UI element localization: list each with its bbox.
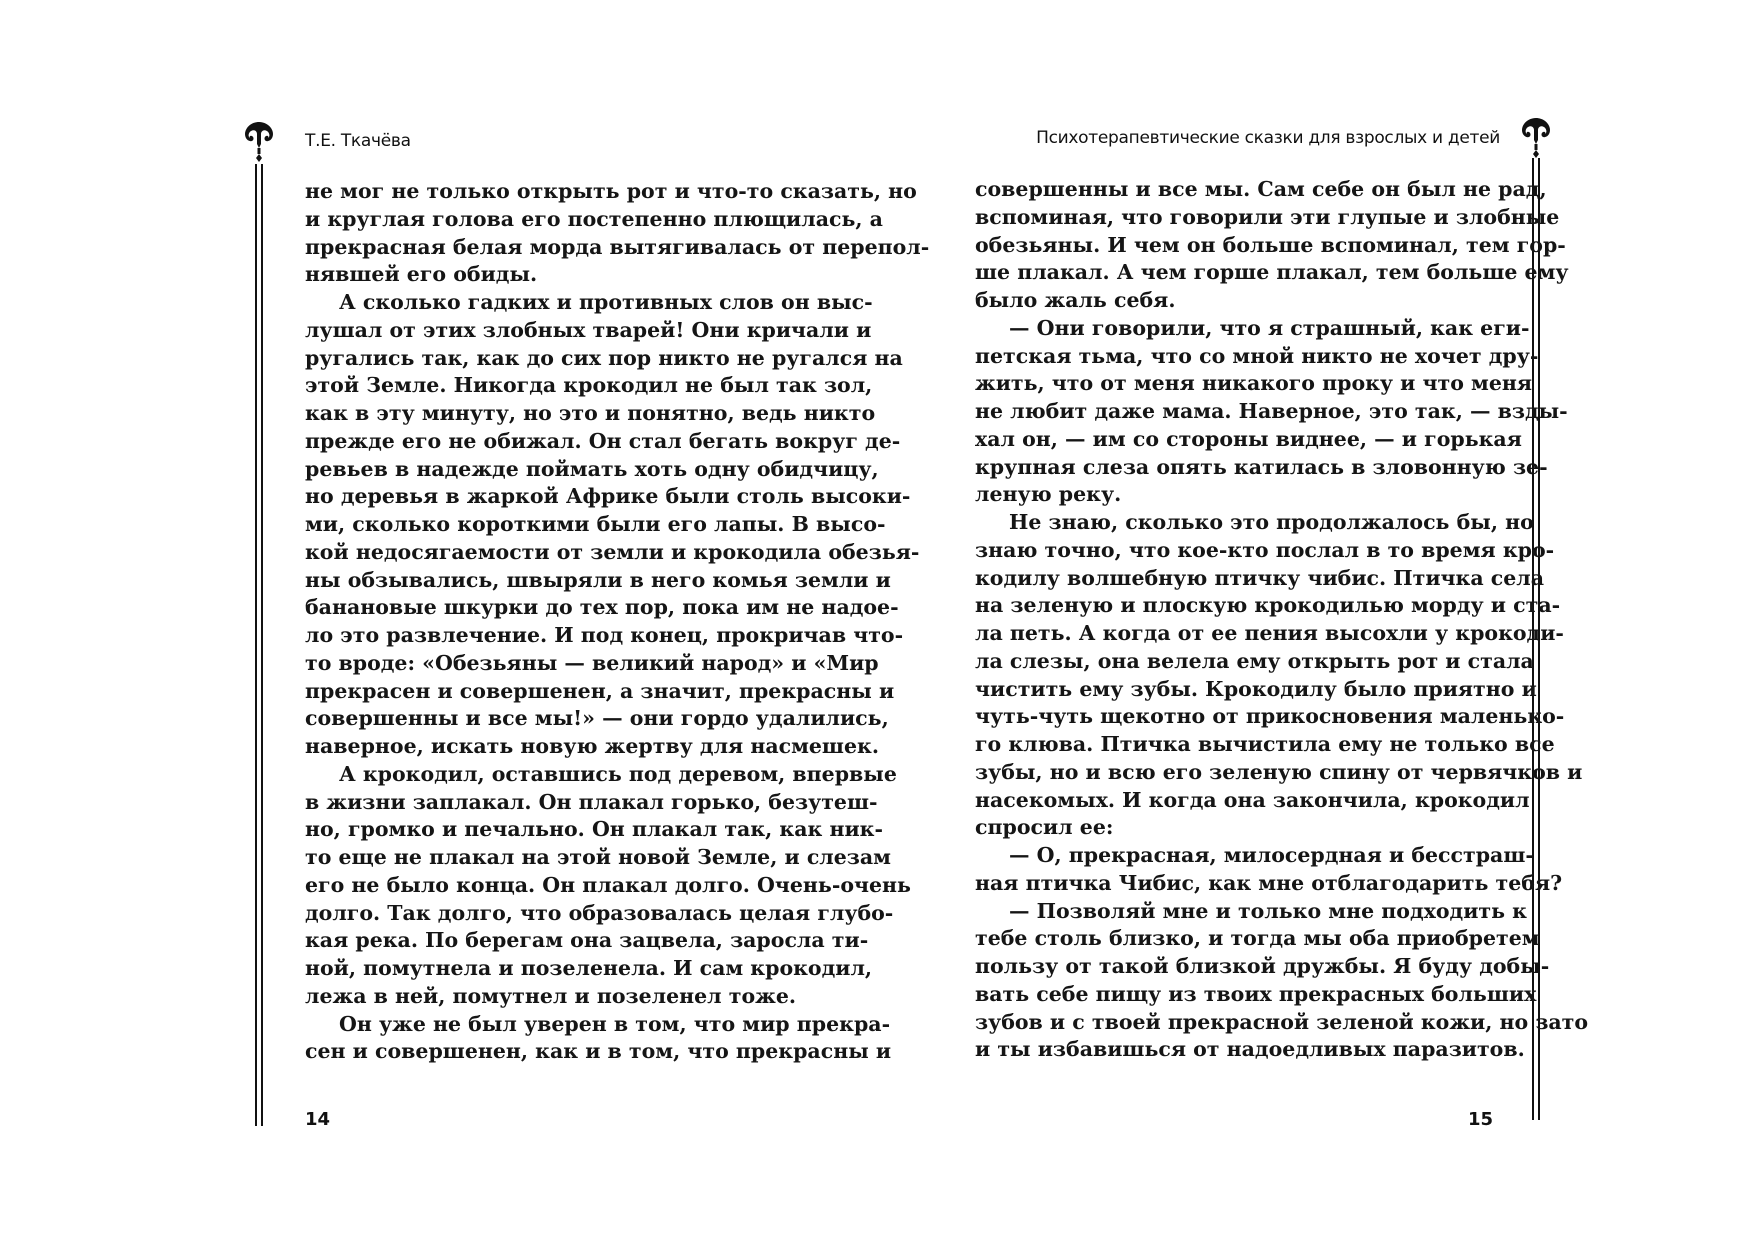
- text-line: зубов и с твоей прекрасной зеленой кожи,…: [975, 1009, 1500, 1037]
- text-line: кая река. По берегам она зацвела, заросл…: [305, 927, 820, 955]
- text-line: но деревья в жаркой Африке были столь вы…: [305, 483, 820, 511]
- text-line: ная птичка Чибис, как мне отблагодарить …: [975, 870, 1500, 898]
- text-line: не любит даже мама. Наверное, это так, —…: [975, 398, 1500, 426]
- running-head-book-title: Психотерапевтические сказки для взрослых…: [1036, 128, 1500, 148]
- text-line: чистить ему зубы. Крокодилу было приятно…: [975, 676, 1500, 704]
- text-line: его не было конца. Он плакал долго. Очен…: [305, 872, 820, 900]
- text-line: долго. Так долго, что образовалась целая…: [305, 900, 820, 928]
- text-line: лежа в ней, помутнел и позеленел тоже.: [305, 983, 820, 1011]
- text-line: ны обзывались, швыряли в него комья земл…: [305, 567, 820, 595]
- page-number: 15: [1468, 1109, 1493, 1130]
- text-line: го клюва. Птичка вычистила ему не только…: [975, 731, 1500, 759]
- text-line: ругались так, как до сих пор никто не ру…: [305, 345, 820, 373]
- text-line: кодилу волшебную птичку чибис. Птичка се…: [975, 565, 1500, 593]
- text-line: кой недосягаемости от земли и крокодила …: [305, 539, 820, 567]
- text-line: нявшей его обиды.: [305, 261, 820, 289]
- vertical-double-rule: [255, 164, 263, 1126]
- text-line: лушал от этих злобных тварей! Они кричал…: [305, 317, 820, 345]
- text-line: крупная слеза опять катилась в зловонную…: [975, 454, 1500, 482]
- text-line: прекрасная белая морда вытягивалась от п…: [305, 234, 820, 262]
- text-line: совершенны и все мы. Сам себе он был не …: [975, 176, 1500, 204]
- text-line: — О, прекрасная, милосердная и бесстраш-: [975, 842, 1500, 870]
- text-line: вспоминая, что говорили эти глупые и зло…: [975, 204, 1500, 232]
- left-page: Т.Е. Ткачёва не мог не только открыть ро…: [0, 0, 877, 1240]
- text-line: было жаль себя.: [975, 287, 1500, 315]
- left-text-column: не мог не только открыть рот и что-то ск…: [305, 178, 820, 1066]
- text-line: прежде его не обижал. Он стал бегать вок…: [305, 428, 820, 456]
- text-line: ревьев в надежде поймать хоть одну обидч…: [305, 456, 820, 484]
- text-line: прекрасен и совершенен, а значит, прекра…: [305, 678, 820, 706]
- text-line: то еще не плакал на этой новой Земле, и …: [305, 844, 820, 872]
- text-line: ной, помутнела и позеленела. И сам кроко…: [305, 955, 820, 983]
- running-head-author: Т.Е. Ткачёва: [305, 131, 411, 151]
- text-line: — Они говорили, что я страшный, как еги-: [975, 315, 1500, 343]
- text-line: и ты избавишься от надоедливых паразитов…: [975, 1036, 1500, 1064]
- text-line: жить, что от меня никакого проку и что м…: [975, 370, 1500, 398]
- text-line: ла слезы, она велела ему открыть рот и с…: [975, 648, 1500, 676]
- right-page: Психотерапевтические сказки для взрослых…: [877, 0, 1754, 1240]
- text-line: знаю точно, что кое-кто послал в то врем…: [975, 537, 1500, 565]
- text-line: — Позволяй мне и только мне подходить к: [975, 898, 1500, 926]
- text-line: Он уже не был уверен в том, что мир прек…: [305, 1011, 820, 1039]
- right-text-column: совершенны и все мы. Сам себе он был не …: [975, 176, 1500, 1064]
- text-line: обезьяны. И чем он больше вспоминал, тем…: [975, 232, 1500, 260]
- text-line: сен и совершенен, как и в том, что прекр…: [305, 1038, 820, 1066]
- text-line: хал он, — им со стороны виднее, — и горь…: [975, 426, 1500, 454]
- text-line: зубы, но и всю его зеленую спину от черв…: [975, 759, 1500, 787]
- text-line: ла петь. А когда от ее пения высохли у к…: [975, 620, 1500, 648]
- text-line: петская тьма, что со мной никто не хочет…: [975, 343, 1500, 371]
- text-line: пользу от такой близкой дружбы. Я буду д…: [975, 953, 1500, 981]
- text-line: то вроде: «Обезьяны — великий народ» и «…: [305, 650, 820, 678]
- text-line: в жизни заплакал. Он плакал горько, безу…: [305, 789, 820, 817]
- text-line: тебе столь близко, и тогда мы оба приобр…: [975, 925, 1500, 953]
- text-line: ше плакал. А чем горше плакал, тем больш…: [975, 259, 1500, 287]
- page-number: 14: [305, 1109, 330, 1130]
- text-line: банановые шкурки до тех пор, пока им не …: [305, 594, 820, 622]
- text-line: этой Земле. Никогда крокодил не был так …: [305, 372, 820, 400]
- text-line: но, громко и печально. Он плакал так, ка…: [305, 816, 820, 844]
- text-line: спросил ее:: [975, 814, 1500, 842]
- text-line: вать себе пищу из твоих прекрасных больш…: [975, 981, 1500, 1009]
- text-line: и круглая голова его постепенно плющилас…: [305, 206, 820, 234]
- text-line: Не знаю, сколько это продолжалось бы, но: [975, 509, 1500, 537]
- fleur-ornament-icon: [1519, 116, 1553, 164]
- text-line: совершенны и все мы!» — они гордо удалил…: [305, 705, 820, 733]
- text-line: наверное, искать новую жертву для насмеш…: [305, 733, 820, 761]
- fleur-ornament-icon: [242, 120, 276, 168]
- text-line: А сколько гадких и противных слов он выс…: [305, 289, 820, 317]
- text-line: ми, сколько короткими были его лапы. В в…: [305, 511, 820, 539]
- text-line: на зеленую и плоскую крокодилью морду и …: [975, 592, 1500, 620]
- text-line: насекомых. И когда она закончила, крокод…: [975, 787, 1500, 815]
- text-line: ло это развлечение. И под конец, прокрич…: [305, 622, 820, 650]
- text-line: леную реку.: [975, 481, 1500, 509]
- text-line: как в эту минуту, но это и понятно, ведь…: [305, 400, 820, 428]
- text-line: чуть-чуть щекотно от прикосновения мален…: [975, 703, 1500, 731]
- text-line: А крокодил, оставшись под деревом, вперв…: [305, 761, 820, 789]
- text-line: не мог не только открыть рот и что-то ск…: [305, 178, 820, 206]
